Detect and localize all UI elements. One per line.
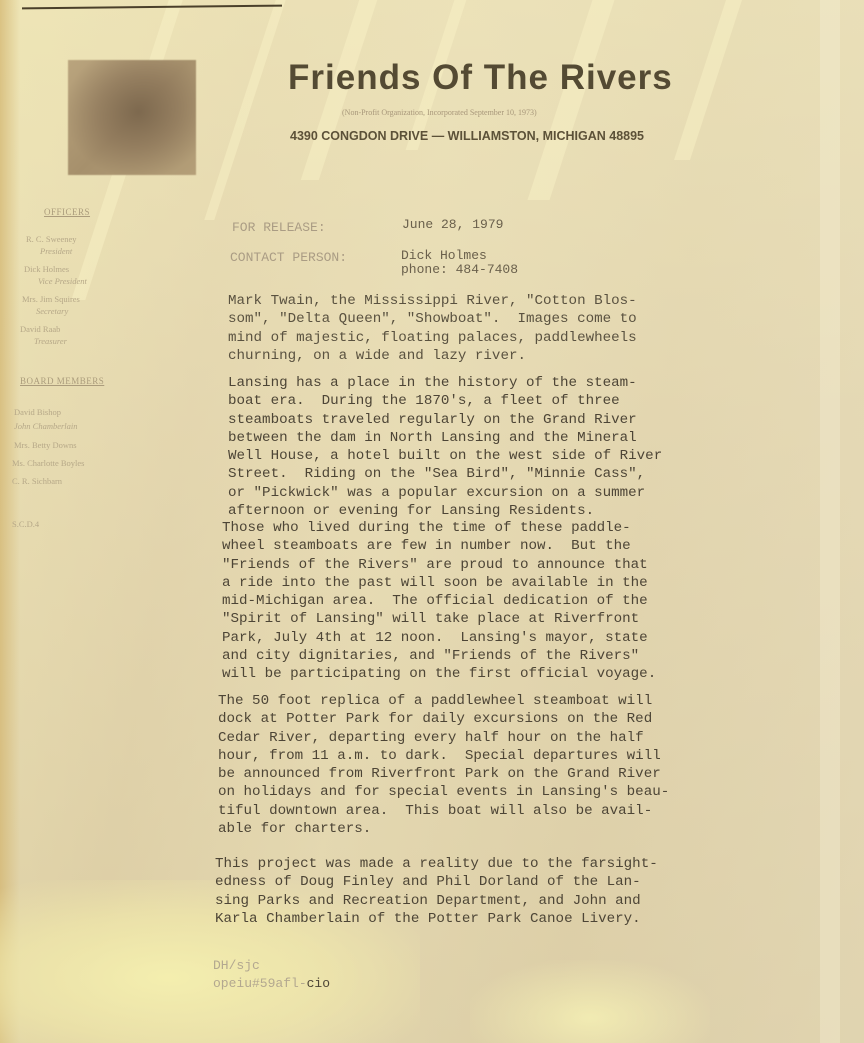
officer-role: Treasurer (20, 335, 67, 347)
union-reference-faded: opeiu#59afl- (213, 976, 307, 991)
top-rule (22, 5, 282, 10)
release-label: FOR RELEASE: (232, 220, 326, 235)
officer-name: Dick Holmes (24, 264, 69, 274)
glare-streak (820, 0, 840, 1043)
officer-role: Secretary (22, 305, 80, 317)
riverboat-photo (68, 60, 196, 175)
board-member: C. R. Sichbarn (12, 475, 62, 487)
officer-name: Mrs. Jim Squires (22, 294, 80, 304)
officer: Dick Holmes Vice President (24, 263, 87, 287)
union-mark: S.C.D.4 (12, 518, 39, 530)
release-date: June 28, 1979 (402, 217, 503, 233)
body-paragraph: Those who lived during the time of these… (222, 519, 656, 684)
organization-name: Friends Of The Rivers (288, 58, 673, 98)
organization-subtitle: (Non-Profit Organization, Incorporated S… (342, 108, 537, 117)
officers-heading: OFFICERS (44, 207, 90, 217)
officer-role: Vice President (24, 275, 87, 287)
board-member: Ms. Charlotte Boyles (12, 457, 84, 469)
body-paragraph: Mark Twain, the Mississippi River, "Cott… (228, 292, 637, 365)
officer: R. C. Sweeney President (26, 233, 77, 257)
officer-role: President (26, 245, 77, 257)
typist-initials: DH/sjc (213, 957, 260, 975)
board-member: Mrs. Betty Downs (14, 439, 77, 451)
glare-streak (204, 0, 285, 220)
letter-page: Friends Of The Rivers (Non-Profit Organi… (0, 0, 864, 1043)
organization-address: 4390 CONGDON DRIVE — WILLIAMSTON, MICHIG… (290, 129, 644, 143)
glare-streak (528, 0, 615, 200)
officer: David Raab Treasurer (20, 323, 67, 347)
body-paragraph: The 50 foot replica of a paddlewheel ste… (218, 692, 669, 838)
light-glare (470, 960, 710, 1043)
body-paragraph: Lansing has a place in the history of th… (228, 374, 662, 520)
union-reference-dark: cio (307, 976, 330, 991)
contact-label: CONTACT PERSON: (230, 250, 347, 265)
officer-name: R. C. Sweeney (26, 234, 77, 244)
contact-phone: phone: 484-7408 (401, 262, 518, 278)
body-paragraph: This project was made a reality due to t… (215, 855, 658, 928)
officer-name: David Raab (20, 324, 60, 334)
board-heading: BOARD MEMBERS (20, 376, 104, 386)
glare-streak (674, 0, 742, 160)
board-member: David Bishop (14, 406, 61, 418)
board-member: John Chamberlain (14, 420, 78, 432)
union-reference: opeiu#59afl-cio (213, 975, 330, 993)
officer: Mrs. Jim Squires Secretary (22, 293, 80, 317)
